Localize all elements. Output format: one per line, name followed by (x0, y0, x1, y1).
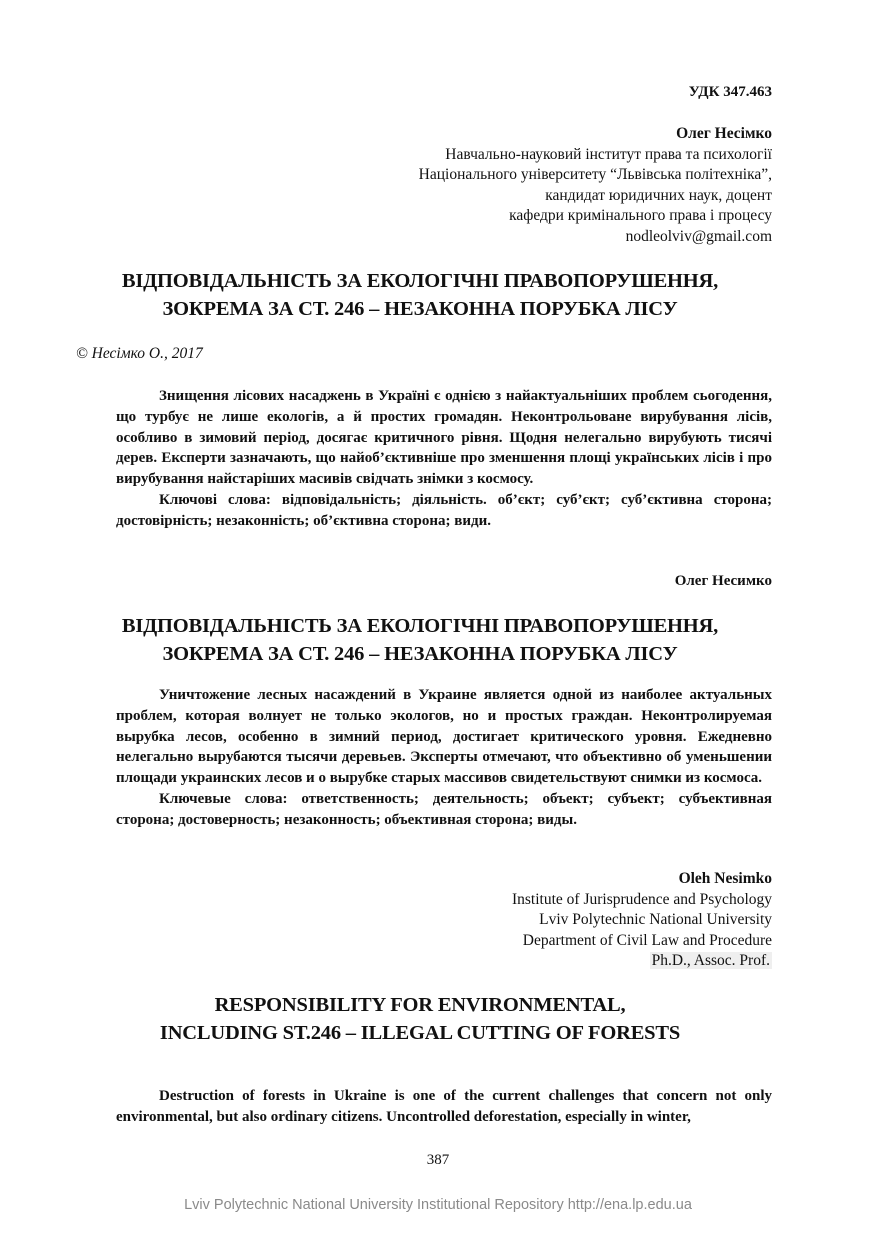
author-block-ua: Олег Несімко Навчально-науковий інститут… (419, 124, 772, 248)
author-email[interactable]: nodleolviv@gmail.com (419, 227, 772, 248)
page-number: 387 (0, 1152, 876, 1169)
abstract-en: Destruction of forests in Ukraine is one… (116, 1086, 772, 1128)
keywords: Ключевые слова: ответственность; деятель… (116, 789, 772, 831)
author-name-ru: Олег Несимко (675, 573, 772, 590)
title-line: ЗОКРЕМА ЗА СТ. 246 – НЕЗАКОННА ПОРУБКА Л… (60, 640, 780, 668)
keywords: Ключові слова: відповідальність; діяльні… (116, 490, 772, 532)
author-name: Олег Несімко (419, 124, 772, 145)
udk-code: УДК 347.463 (689, 84, 772, 101)
article-title-en: RESPONSIBILITY FOR ENVIRONMENTAL, INCLUD… (60, 991, 780, 1047)
author-name: Oleh Nesimko (512, 869, 772, 890)
abstract-ru: Уничтожение лесных насаждений в Украине … (116, 685, 772, 831)
article-title-ru: ВІДПОВІДАЛЬНІСТЬ ЗА ЕКОЛОГІЧНІ ПРАВОПОРУ… (60, 612, 780, 668)
author-affiliation-line: Національного університету “Львівська по… (419, 165, 772, 186)
abstract-text: Уничтожение лесных насаждений в Украине … (116, 685, 772, 789)
abstract-ua: Знищення лісових насаджень в Україні є о… (116, 386, 772, 532)
abstract-text: Destruction of forests in Ukraine is one… (116, 1086, 772, 1128)
abstract-text: Знищення лісових насаджень в Україні є о… (116, 386, 772, 490)
author-block-en: Oleh Nesimko Institute of Jurisprudence … (512, 869, 772, 972)
author-degree: Ph.D., Assoc. Prof. (650, 952, 772, 969)
title-line: INCLUDING ST.246 – ILLEGAL CUTTING OF FO… (60, 1019, 780, 1047)
author-department-line: Department of Civil Law and Procedure (512, 931, 772, 952)
title-line: ВІДПОВІДАЛЬНІСТЬ ЗА ЕКОЛОГІЧНІ ПРАВОПОРУ… (60, 612, 780, 640)
author-affiliation-line: Institute of Jurisprudence and Psycholog… (512, 890, 772, 911)
author-affiliation-line: Lviv Polytechnic National University (512, 910, 772, 931)
author-department-line: кафедри кримінального права і процесу (419, 206, 772, 227)
title-line: ВІДПОВІДАЛЬНІСТЬ ЗА ЕКОЛОГІЧНІ ПРАВОПОРУ… (60, 267, 780, 295)
author-affiliation-line: Навчально-науковий інститут права та пси… (419, 145, 772, 166)
repository-footer: Lviv Polytechnic National University Ins… (0, 1197, 876, 1213)
title-line: RESPONSIBILITY FOR ENVIRONMENTAL, (60, 991, 780, 1019)
author-degree-line: кандидат юридичних наук, доцент (419, 186, 772, 207)
article-title-ua: ВІДПОВІДАЛЬНІСТЬ ЗА ЕКОЛОГІЧНІ ПРАВОПОРУ… (60, 267, 780, 323)
title-line: ЗОКРЕМА ЗА СТ. 246 – НЕЗАКОННА ПОРУБКА Л… (60, 295, 780, 323)
copyright: © Несімко О., 2017 (76, 345, 203, 363)
